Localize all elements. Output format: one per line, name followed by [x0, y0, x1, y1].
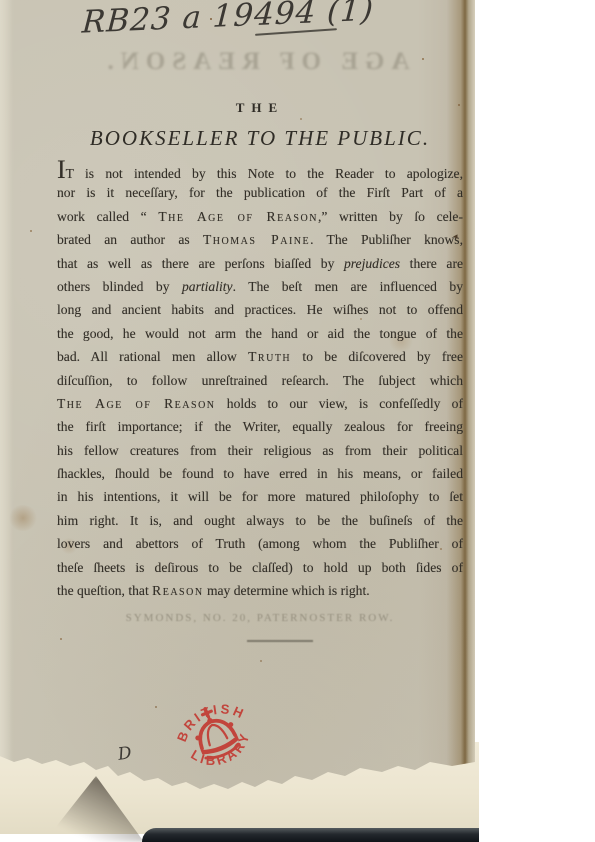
body-segment: T is not intended by this Note to the Re…	[66, 166, 463, 181]
body-segment: long and ancient habits and practices. H…	[57, 302, 463, 317]
body-segment: theſe ſheets is deſirous to be claſſed) …	[57, 560, 463, 575]
body-line: the firſt importance; if the Writer, equ…	[57, 415, 463, 438]
body-line: nor is it neceſſary, for the publication…	[57, 181, 463, 204]
body-segment: others blinded by	[57, 279, 182, 294]
body-segment: the firſt importance; if the Writer, equ…	[57, 419, 463, 434]
body-line: him right. It is, and ought always to be…	[57, 509, 463, 532]
page-title: BOOKSELLER TO THE PUBLIC.	[40, 126, 480, 151]
body-segment: brated an author as	[57, 232, 203, 247]
handwritten-shelfmark: RB23 a 19494 (1)	[81, 0, 383, 41]
body-line: diſcuſſion, to follow unreſtrained reſea…	[57, 369, 463, 392]
body-line: ſhackles, ſhould be found to have erred …	[57, 462, 463, 485]
body-segment: his fellow creatures from their religiou…	[57, 443, 463, 458]
margin-arrow-mark: ◂	[453, 231, 458, 242]
body-segment: the queſtion, that	[57, 583, 152, 598]
body-line: the good, he would not arm the hand or a…	[57, 322, 463, 345]
body-segment: I	[57, 155, 66, 184]
body-segment: Truth	[248, 349, 291, 364]
margin-handwritten-mark: D	[117, 743, 133, 765]
body-line: IT is not intended by this Note to the R…	[57, 158, 463, 181]
body-segment: . The Publiſher knows,	[310, 232, 463, 247]
scanned-book-page: RB23 a 19494 (1) AGE OF REASON. THE BOOK…	[0, 0, 595, 842]
body-segment: Thomas Paine	[203, 232, 310, 247]
body-segment: The Age of Reason	[57, 396, 216, 411]
body-segment: the good, he would not arm the hand or a…	[57, 326, 463, 341]
head-word: THE	[57, 100, 463, 116]
body-line: long and ancient habits and practices. H…	[57, 298, 463, 321]
body-segment: Reason	[152, 583, 203, 598]
showthrough-imprint: SYMONDS, NO. 20, PATERNOSTER ROW.	[58, 612, 462, 624]
body-segment: lovers and abettors of Truth (among whom…	[57, 536, 463, 551]
body-segment: may determine which is right.	[204, 583, 370, 598]
body-line: theſe ſheets is deſirous to be claſſed) …	[57, 556, 463, 579]
body-segment: work called “	[57, 209, 158, 224]
body-segment: in his intentions, it will be for more m…	[57, 489, 463, 504]
body-line: work called “ The Age of Reason,” writte…	[57, 205, 463, 228]
body-segment: partiality	[182, 279, 233, 294]
body-segment: . The beſt men are influenced by	[233, 279, 463, 294]
body-segment: ſhackles, ſhould be found to have erred …	[57, 466, 463, 481]
body-segment: that as well as there are perſons biaſſe…	[57, 256, 344, 271]
showthrough-title: AGE OF REASON.	[75, 48, 435, 76]
body-segment: to be diſcovered by free	[291, 349, 463, 364]
stain	[8, 505, 38, 531]
body-segment: nor is it neceſſary, for the publication…	[57, 185, 463, 200]
body-line: that as well as there are perſons biaſſe…	[57, 252, 463, 275]
body-line: lovers and abettors of Truth (among whom…	[57, 532, 463, 555]
body-segment: bad. All rational men allow	[57, 349, 248, 364]
page-left-edge	[0, 0, 12, 760]
body-line: brated an author as Thomas Paine. The Pu…	[57, 228, 463, 251]
body-segment: The Age of Reason	[158, 209, 318, 224]
body-segment: diſcuſſion, to follow unreſtrained reſea…	[57, 373, 463, 388]
body-segment: prejudices	[344, 256, 400, 271]
body-text: IT is not intended by this Note to the R…	[57, 158, 463, 602]
body-segment: ,” written by ſo cele-	[318, 209, 463, 224]
scanner-background	[142, 828, 479, 842]
body-segment: there are	[400, 256, 463, 271]
showthrough-rule	[247, 640, 313, 642]
body-line: his fellow creatures from their religiou…	[57, 439, 463, 462]
body-line: bad. All rational men allow Truth to be …	[57, 345, 463, 368]
body-segment: holds to our view, is confeſſedly of	[216, 396, 463, 411]
body-line: The Age of Reason holds to our view, is …	[57, 392, 463, 415]
body-line: in his intentions, it will be for more m…	[57, 485, 463, 508]
body-line: others blinded by partiality. The beſt m…	[57, 275, 463, 298]
body-line: the queſtion, that Reason may determine …	[57, 579, 463, 602]
body-segment: him right. It is, and ought always to be…	[57, 513, 463, 528]
